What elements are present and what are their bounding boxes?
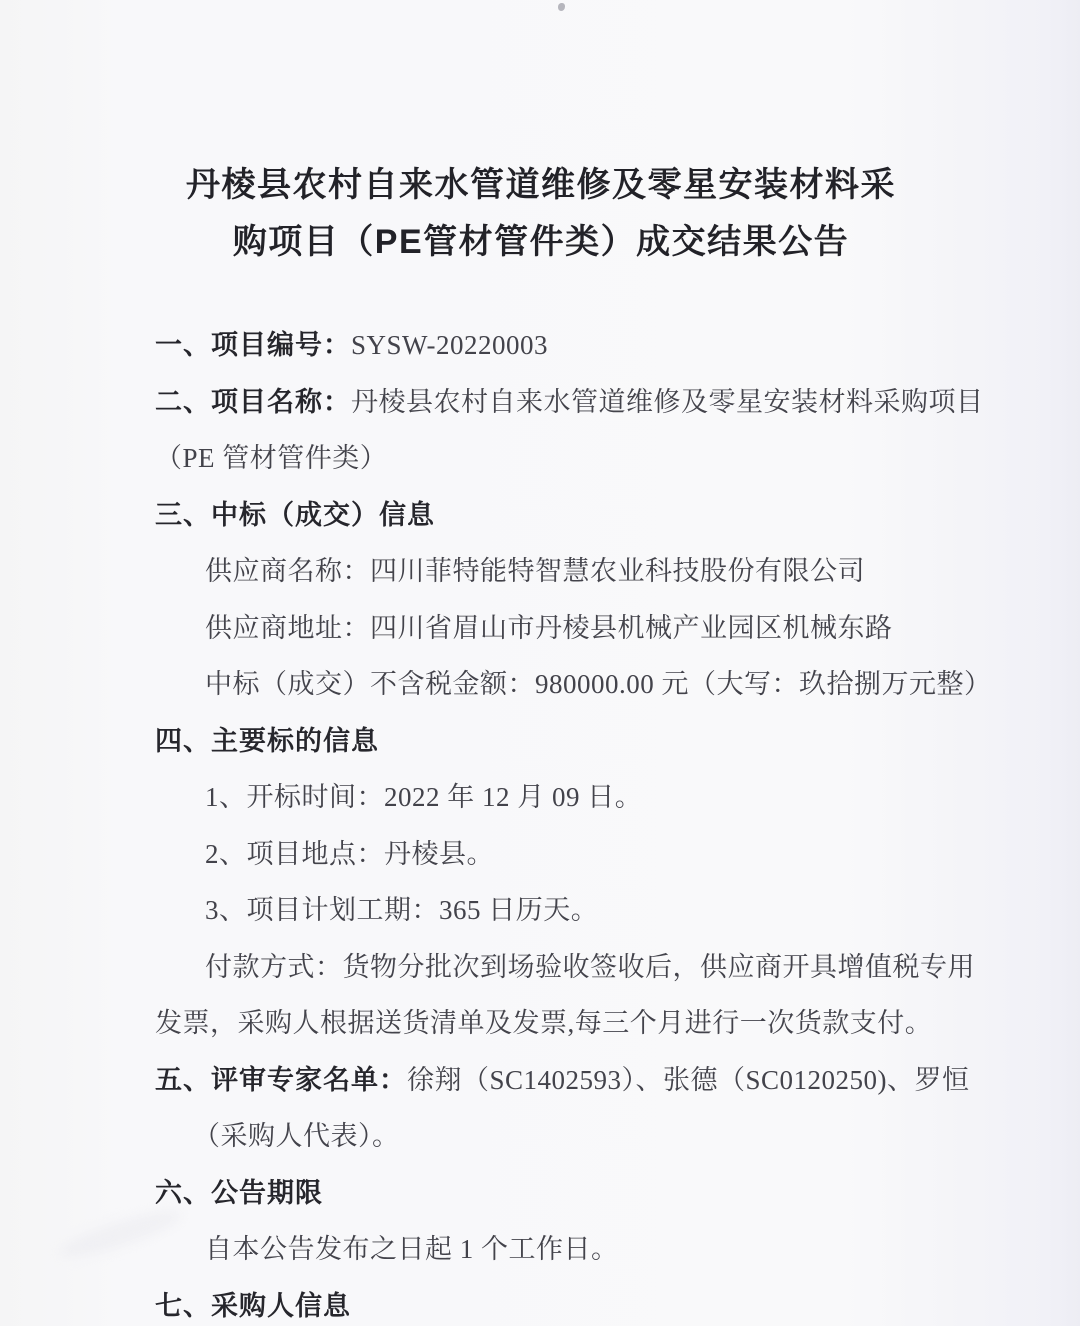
line-project-name: 二、项目名称：丹棱县农村自来水管道维修及零星安装材料采购项目	[155, 374, 927, 431]
title-line-2: 购项目（PE管材管件类）成交结果公告	[233, 223, 849, 261]
line-announcement-period: 自本公告发布之日起 1 个工作日。	[155, 1221, 927, 1278]
line-text: （PE 管材管件类）	[155, 443, 387, 473]
line-text: 3、项目计划工期：365 日历天。	[205, 895, 598, 925]
line-text: 供应商地址：四川省眉山市丹棱县机械产业园区机械东路	[205, 613, 893, 643]
line-project-name-cont: （PE 管材管件类）	[155, 430, 927, 487]
line-text: 供应商名称：四川菲特能特智慧农业科技股份有限公司	[205, 556, 865, 586]
line-award-info-heading: 三、中标（成交）信息	[155, 487, 927, 544]
line-text: 1、开标时间：2022 年 12 月 09 日。	[205, 782, 642, 812]
line-text: 徐翔（SC1402593）、张德（SC0120250)、罗恒	[407, 1065, 970, 1095]
section-heading: 五、评审专家名单：	[155, 1065, 407, 1095]
section-heading: 七、采购人信息	[155, 1291, 351, 1321]
line-award-amount: 中标（成交）不含税金额：980000.00 元（大写：玖拾捌万元整）	[155, 656, 927, 713]
line-announcement-period-heading: 六、公告期限	[155, 1165, 927, 1222]
line-project-number: 一、项目编号：SYSW-20220003	[155, 317, 927, 374]
line-text: 自本公告发布之日起 1 个工作日。	[205, 1234, 619, 1264]
line-project-duration: 3、项目计划工期：365 日历天。	[155, 882, 927, 939]
line-expert-list: 五、评审专家名单：徐翔（SC1402593）、张德（SC0120250)、罗恒	[155, 1052, 927, 1109]
line-text: （采购人代表）。	[193, 1121, 400, 1151]
document-lines: 一、项目编号：SYSW-20220003 二、项目名称：丹棱县农村自来水管道维修…	[155, 317, 927, 1326]
document-title: 丹棱县农村自来水管道维修及零星安装材料采购项目（PE管材管件类）成交结果公告	[155, 157, 927, 271]
line-project-location: 2、项目地点：丹棱县。	[155, 826, 927, 883]
line-bid-opening-time: 1、开标时间：2022 年 12 月 09 日。	[155, 769, 927, 826]
line-payment-method: 付款方式：货物分批次到场验收签收后，供应商开具增值税专用	[155, 939, 927, 996]
scan-artifact-speck	[558, 3, 565, 11]
line-supplier-name: 供应商名称：四川菲特能特智慧农业科技股份有限公司	[155, 543, 927, 600]
line-text: 付款方式：货物分批次到场验收签收后，供应商开具增值税专用	[205, 952, 975, 982]
scanned-document-page: 丹棱县农村自来水管道维修及零星安装材料采购项目（PE管材管件类）成交结果公告 一…	[0, 0, 1080, 1326]
line-text: 发票，采购人根据送货清单及发票,每三个月进行一次货款支付。	[155, 1008, 932, 1038]
line-text: 2、项目地点：丹棱县。	[205, 839, 494, 869]
line-expert-list-cont: （采购人代表）。	[155, 1108, 927, 1165]
line-text: SYSW-20220003	[351, 330, 548, 360]
line-text: 丹棱县农村自来水管道维修及零星安装材料采购项目	[351, 387, 984, 417]
line-payment-method-cont: 发票，采购人根据送货清单及发票,每三个月进行一次货款支付。	[155, 995, 927, 1052]
section-heading: 六、公告期限	[155, 1178, 323, 1208]
section-heading: 二、项目名称：	[155, 387, 351, 417]
document-body: 丹棱县农村自来水管道维修及零星安装材料采购项目（PE管材管件类）成交结果公告 一…	[155, 157, 927, 1326]
title-line-1: 丹棱县农村自来水管道维修及零星安装材料采	[186, 166, 896, 204]
line-supplier-address: 供应商地址：四川省眉山市丹棱县机械产业园区机械东路	[155, 600, 927, 657]
line-subject-info-heading: 四、主要标的信息	[155, 713, 927, 770]
section-heading: 一、项目编号：	[155, 330, 351, 360]
line-text: 中标（成交）不含税金额：980000.00 元（大写：玖拾捌万元整）	[205, 669, 992, 699]
section-heading: 三、中标（成交）信息	[155, 500, 435, 530]
line-purchaser-info-heading: 七、采购人信息	[155, 1278, 927, 1326]
section-heading: 四、主要标的信息	[155, 726, 379, 756]
